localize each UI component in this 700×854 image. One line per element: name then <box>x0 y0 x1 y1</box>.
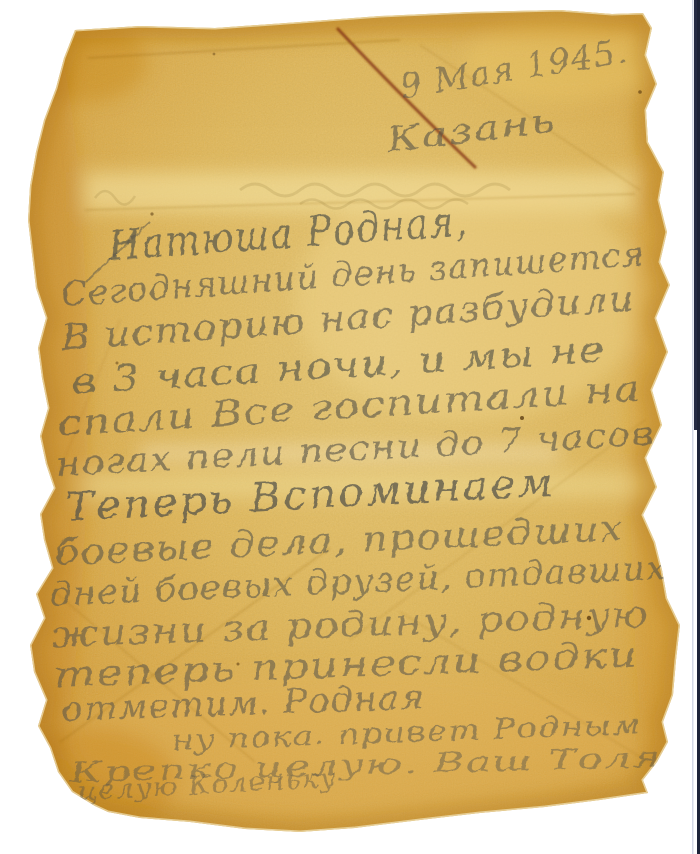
paper-texture: 9 Мая 1945. Казань Натюша Родная, Сегодн… <box>0 5 690 845</box>
scan-edge-strip <box>692 0 700 854</box>
scan-strip-highlight <box>692 0 694 854</box>
letter-scan: 9 Мая 1945. Казань Натюша Родная, Сегодн… <box>0 0 700 854</box>
scanned-letter-page: 9 Мая 1945. Казань Натюша Родная, Сегодн… <box>0 0 700 854</box>
